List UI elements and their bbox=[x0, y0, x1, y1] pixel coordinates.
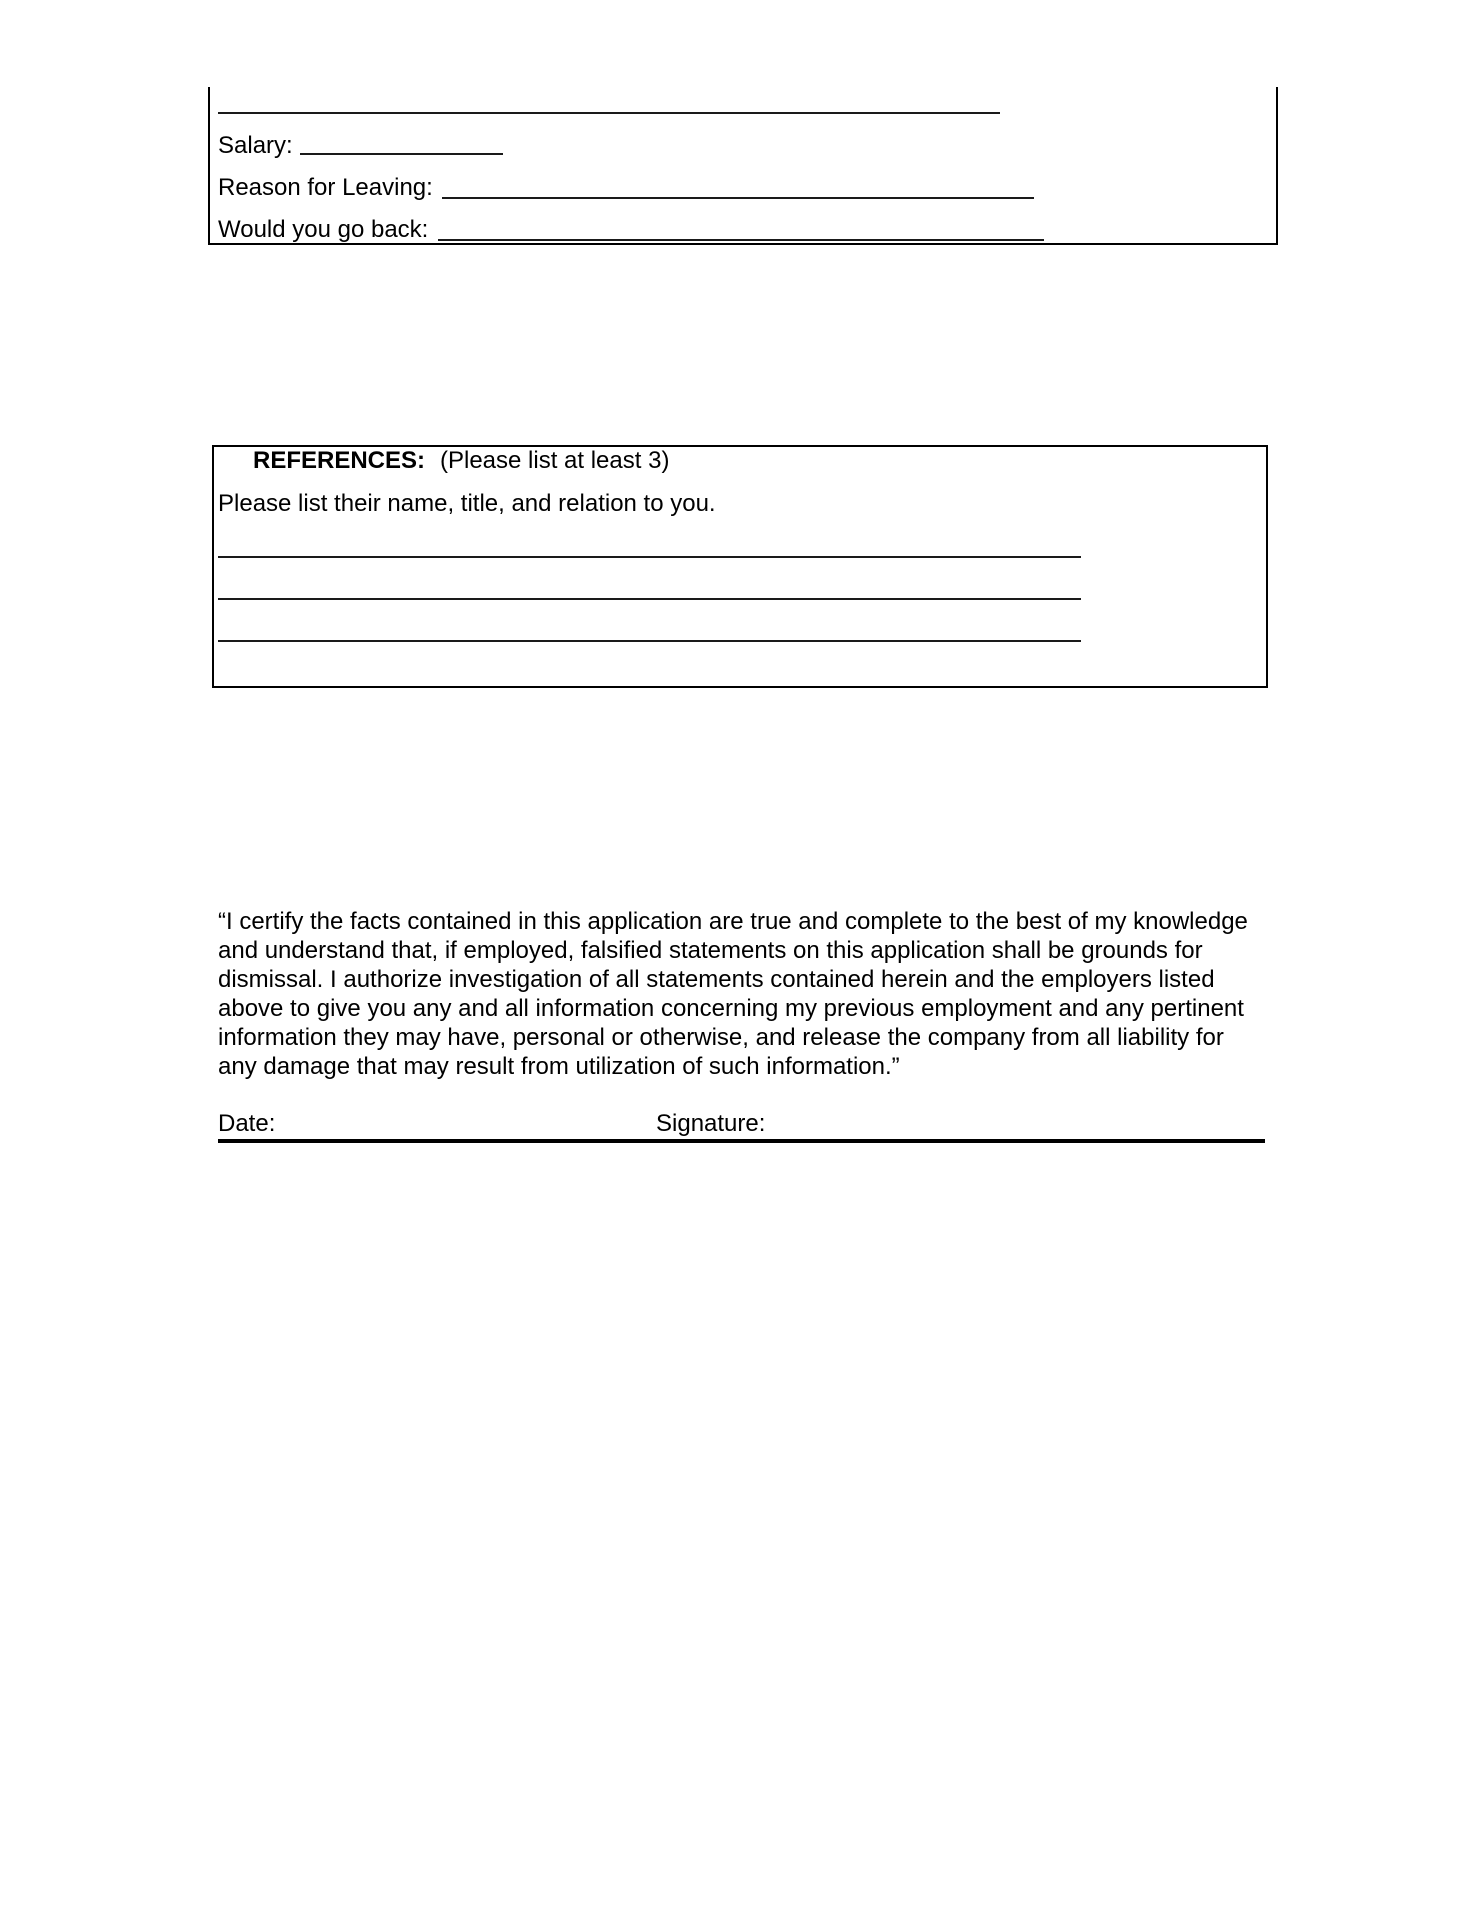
references-heading-note: (Please list at least 3) bbox=[440, 449, 669, 473]
certification-line: and understand that, if employed, falsif… bbox=[218, 939, 1203, 963]
references-instructions: Please list their name, title, and relat… bbox=[218, 492, 716, 516]
reason-for-leaving-label: Reason for Leaving: bbox=[218, 176, 433, 200]
reference-entry-3-field[interactable] bbox=[218, 640, 1081, 642]
reference-entry-1-field[interactable] bbox=[218, 556, 1081, 558]
certification-line: any damage that may result from utilizat… bbox=[218, 1055, 900, 1079]
signature-field[interactable] bbox=[780, 1108, 1265, 1138]
certification-line: above to give you any and all informatio… bbox=[218, 997, 1244, 1021]
certification-line: information they may have, personal or o… bbox=[218, 1026, 1224, 1050]
would-you-go-back-label: Would you go back: bbox=[218, 218, 428, 242]
would-you-go-back-field[interactable] bbox=[438, 239, 1044, 241]
salary-label: Salary: bbox=[218, 134, 293, 158]
salary-field[interactable] bbox=[300, 153, 503, 155]
certification-line: dismissal. I authorize investigation of … bbox=[218, 968, 1215, 992]
references-heading: REFERENCES: bbox=[253, 449, 425, 473]
reference-entry-2-field[interactable] bbox=[218, 598, 1081, 600]
date-field[interactable] bbox=[290, 1108, 640, 1138]
references-box bbox=[212, 445, 1268, 688]
employment-blank-line-field[interactable] bbox=[218, 112, 1000, 114]
certification-line: “I certify the facts contained in this a… bbox=[218, 910, 1248, 934]
reason-for-leaving-field[interactable] bbox=[442, 197, 1034, 199]
signature-label: Signature: bbox=[656, 1112, 765, 1136]
signature-rule bbox=[218, 1139, 1265, 1143]
date-label: Date: bbox=[218, 1112, 275, 1136]
